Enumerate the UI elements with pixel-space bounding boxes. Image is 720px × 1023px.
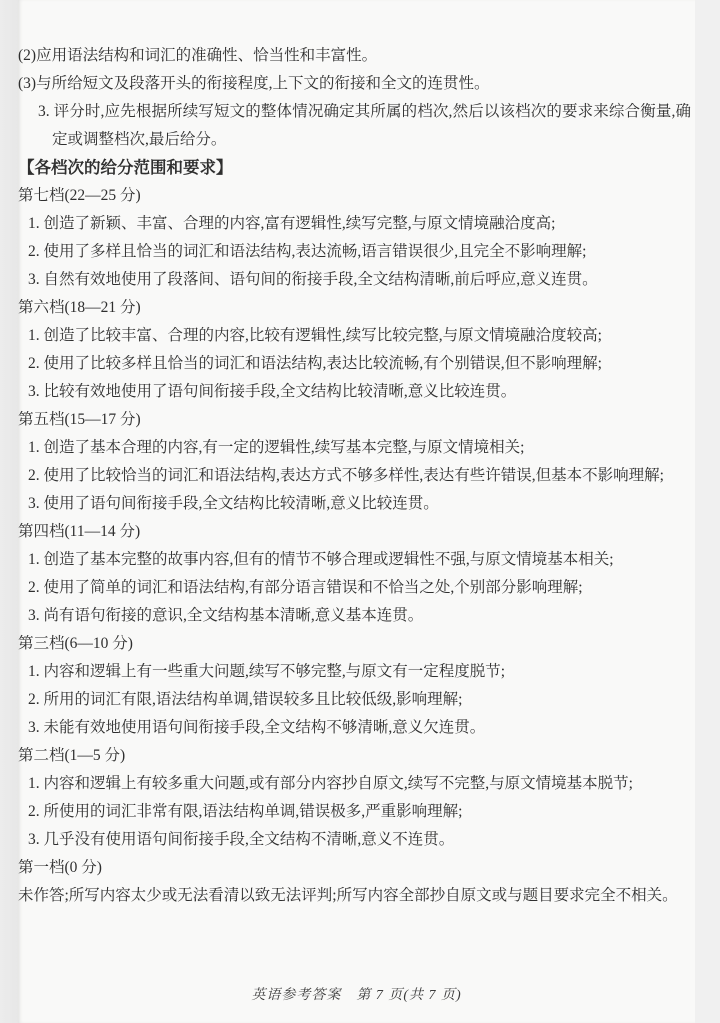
- band-item: 3. 自然有效地使用了段落间、语句间的衔接手段,全文结构清晰,前后呼应,意义连贯…: [18, 266, 695, 294]
- band-item: 2. 使用了比较多样且恰当的词汇和语法结构,表达比较流畅,有个别错误,但不影响理…: [18, 350, 695, 378]
- band-header: 第三档(6—10 分): [18, 630, 695, 658]
- zero-band-note: 未作答;所写内容太少或无法看清以致无法评判;所写内容全部抄自原文或与题目要求完全…: [18, 882, 695, 910]
- band-item: 2. 使用了比较恰当的词汇和语法结构,表达方式不够多样性,表达有些许错误,但基本…: [18, 462, 695, 490]
- band-item: 3. 使用了语句间衔接手段,全文结构比较清晰,意义比较连贯。: [18, 490, 695, 518]
- score-band-4: 第四档(11—14 分) 1. 创造了基本完整的故事内容,但有的情节不够合理或逻…: [18, 518, 695, 630]
- scanned-document-page: (2)应用语法结构和词汇的准确性、恰当性和丰富性。 (3)与所给短文及段落开头的…: [18, 0, 695, 1023]
- band-item: 1. 内容和逻辑上有较多重大问题,或有部分内容抄自原文,续写不完整,与原文情境基…: [18, 770, 695, 798]
- scoring-step-3: 3. 评分时,应先根据所续写短文的整体情况确定其所属的档次,然后以该档次的要求来…: [18, 98, 695, 154]
- band-header: 第五档(15—17 分): [18, 406, 695, 434]
- band-item: 1. 内容和逻辑上有一些重大问题,续写不够完整,与原文有一定程度脱节;: [18, 658, 695, 686]
- band-item: 2. 使用了简单的词汇和语法结构,有部分语言错误和不恰当之处,个别部分影响理解;: [18, 574, 695, 602]
- band-item: 2. 所使用的词汇非常有限,语法结构单调,错误极多,严重影响理解;: [18, 798, 695, 826]
- band-header: 第七档(22—25 分): [18, 182, 695, 210]
- band-header: 第四档(11—14 分): [18, 518, 695, 546]
- band-item: 1. 创造了比较丰富、合理的内容,比较有逻辑性,续写比较完整,与原文情境融洽度较…: [18, 322, 695, 350]
- band-item: 2. 所用的词汇有限,语法结构单调,错误较多且比较低级,影响理解;: [18, 686, 695, 714]
- band-item: 1. 创造了基本完整的故事内容,但有的情节不够合理或逻辑性不强,与原文情境基本相…: [18, 546, 695, 574]
- scan-left-margin: [0, 0, 18, 1023]
- score-band-6: 第六档(18—21 分) 1. 创造了比较丰富、合理的内容,比较有逻辑性,续写比…: [18, 294, 695, 406]
- band-header: 第六档(18—21 分): [18, 294, 695, 322]
- rubric-sub-item-2: (2)应用语法结构和词汇的准确性、恰当性和丰富性。: [18, 42, 695, 70]
- section-heading-band-ranges: 【各档次的给分范围和要求】: [18, 154, 695, 182]
- page-footer: 英语参考答案 第 7 页(共 7 页): [18, 982, 695, 1010]
- band-item: 1. 创造了基本合理的内容,有一定的逻辑性,续写基本完整,与原文情境相关;: [18, 434, 695, 462]
- band-item: 1. 创造了新颖、丰富、合理的内容,富有逻辑性,续写完整,与原文情境融洽度高;: [18, 210, 695, 238]
- band-header: 第二档(1—5 分): [18, 742, 695, 770]
- score-band-3: 第三档(6—10 分) 1. 内容和逻辑上有一些重大问题,续写不够完整,与原文有…: [18, 630, 695, 742]
- band-item: 3. 比较有效地使用了语句间衔接手段,全文结构比较清晰,意义比较连贯。: [18, 378, 695, 406]
- score-band-5: 第五档(15—17 分) 1. 创造了基本合理的内容,有一定的逻辑性,续写基本完…: [18, 406, 695, 518]
- band-item: 3. 几乎没有使用语句间衔接手段,全文结构不清晰,意义不连贯。: [18, 826, 695, 854]
- band-item: 2. 使用了多样且恰当的词汇和语法结构,表达流畅,语言错误很少,且完全不影响理解…: [18, 238, 695, 266]
- band-item: 3. 未能有效地使用语句间衔接手段,全文结构不够清晰,意义欠连贯。: [18, 714, 695, 742]
- band-item: 3. 尚有语句衔接的意识,全文结构基本清晰,意义基本连贯。: [18, 602, 695, 630]
- band-header: 第一档(0 分): [18, 854, 695, 882]
- score-band-1: 第一档(0 分) 未作答;所写内容太少或无法看清以致无法评判;所写内容全部抄自原…: [18, 854, 695, 910]
- score-band-2: 第二档(1—5 分) 1. 内容和逻辑上有较多重大问题,或有部分内容抄自原文,续…: [18, 742, 695, 854]
- rubric-sub-item-3: (3)与所给短文及段落开头的衔接程度,上下文的衔接和全文的连贯性。: [18, 70, 695, 98]
- score-band-7: 第七档(22—25 分) 1. 创造了新颖、丰富、合理的内容,富有逻辑性,续写完…: [18, 182, 695, 294]
